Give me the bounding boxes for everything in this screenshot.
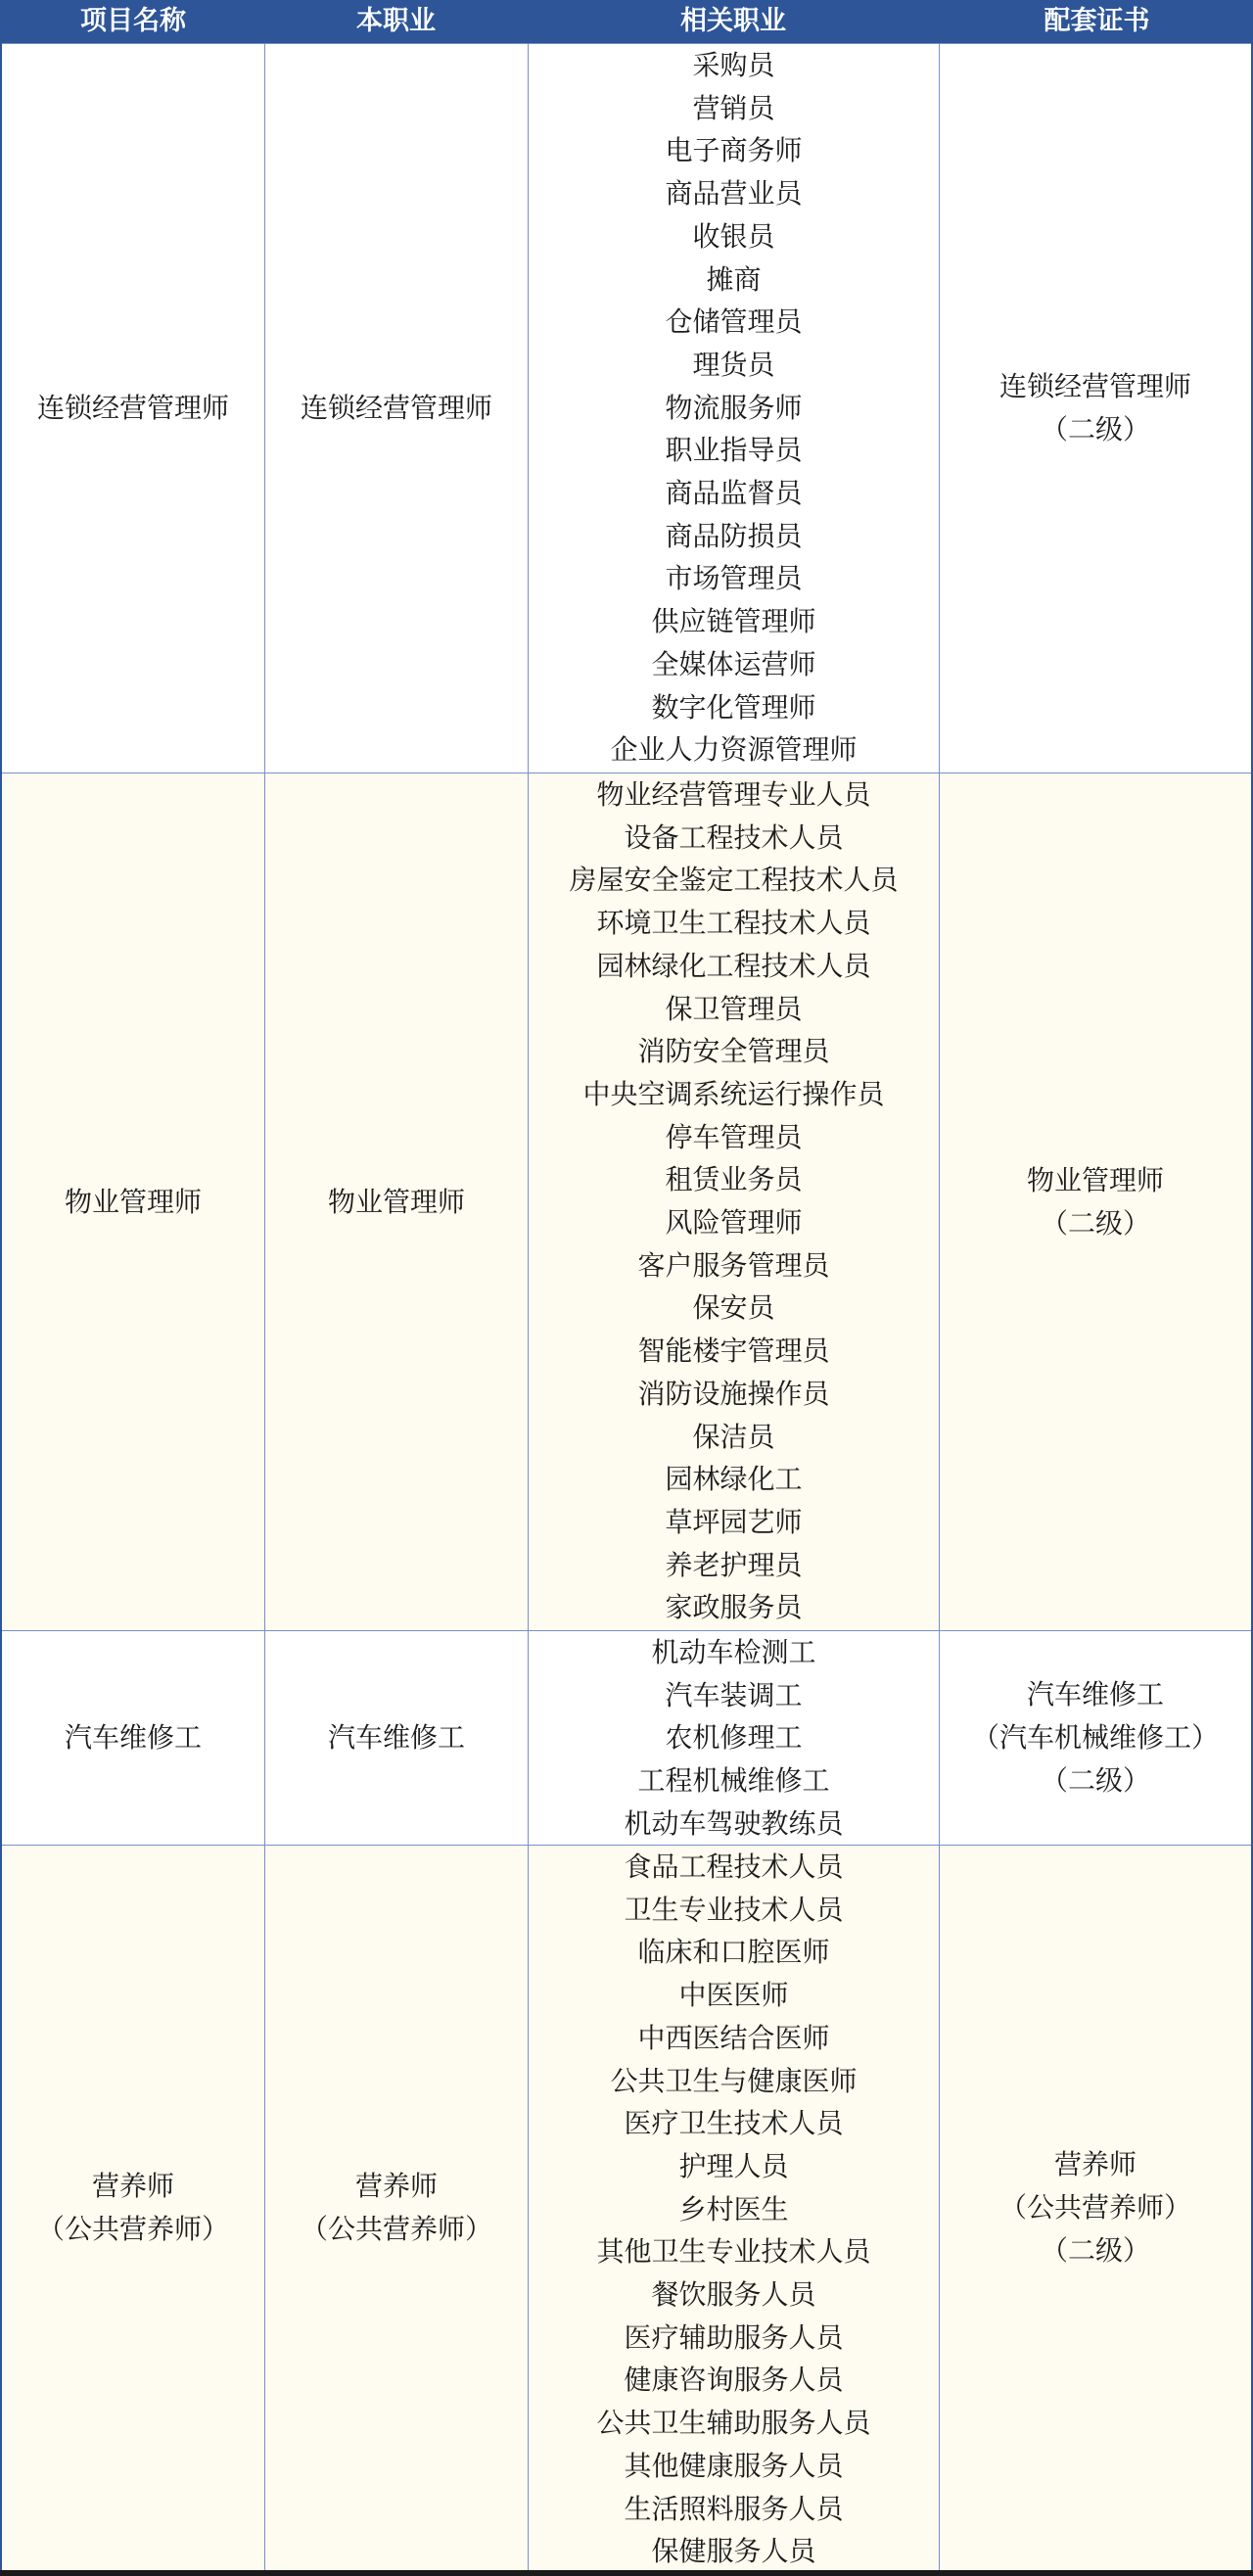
certificate-cell-line: （公共营养师） <box>999 2186 1191 2229</box>
related-occupations-cell-line: 中医医师 <box>678 1974 788 2017</box>
related-occupations-cell-line: 机动车检测工 <box>651 1631 815 1674</box>
occupation-cell: 连锁经营管理师 <box>264 44 528 773</box>
project-name-cell-line: 汽车维修工 <box>65 1716 202 1759</box>
related-occupations-cell-line: 消防设施操作员 <box>637 1373 829 1416</box>
related-occupations-cell-line: 公共卫生与健康医师 <box>610 2060 857 2103</box>
related-occupations-cell-line: 农机修理工 <box>665 1716 802 1759</box>
occupation-cell-line: （公共营养师） <box>301 2208 492 2251</box>
project-name-cell-line: （公共营养师） <box>37 2208 229 2251</box>
certificate-cell-line: （二级） <box>1041 1202 1150 1245</box>
related-occupations-cell-line: 养老护理员 <box>665 1544 802 1587</box>
related-occupations-cell: 机动车检测工汽车装调工农机修理工工程机械维修工机动车驾驶教练员 <box>528 1631 939 1845</box>
related-occupations-cell-line: 摊商 <box>706 258 761 302</box>
header-certificate: 配套证书 <box>939 0 1253 43</box>
project-name-cell: 汽车维修工 <box>2 1631 264 1845</box>
related-occupations-cell-line: 机动车驾驶教练员 <box>624 1803 843 1846</box>
related-occupations-cell-line: 物流服务师 <box>665 387 802 430</box>
related-occupations-cell-line: 园林绿化工程技术人员 <box>596 945 870 988</box>
table-row: 连锁经营管理师连锁经营管理师采购员营销员电子商务师商品营业员收银员摊商仓储管理员… <box>2 43 1251 773</box>
related-occupations-cell-line: 健康咨询服务人员 <box>624 2359 843 2402</box>
table-row: 营养师（公共营养师）营养师（公共营养师）食品工程技术人员卫生专业技术人员临床和口… <box>2 1845 1251 2570</box>
related-occupations-cell-line: 保健服务人员 <box>651 2530 815 2573</box>
related-occupations-cell-line: 物业经营管理专业人员 <box>596 773 870 817</box>
related-occupations-cell-line: 营销员 <box>692 87 774 130</box>
related-occupations-cell-line: 商品防损员 <box>665 515 802 558</box>
related-occupations-cell-line: 电子商务师 <box>665 129 802 172</box>
related-occupations-cell-line: 中央空调系统运行操作员 <box>582 1073 884 1116</box>
certificate-cell: 物业管理师（二级） <box>939 773 1251 1630</box>
related-occupations-cell-line: 食品工程技术人员 <box>624 1846 843 1889</box>
certificate-cell-line: 连锁经营管理师 <box>999 365 1191 408</box>
related-occupations-cell-line: 生活照料服务人员 <box>624 2488 843 2531</box>
occupation-cell-line: 营养师 <box>355 2165 438 2208</box>
related-occupations-cell-line: 家政服务员 <box>665 1586 802 1629</box>
related-occupations-cell-line: 工程机械维修工 <box>637 1759 829 1803</box>
certificate-cell: 连锁经营管理师（二级） <box>939 44 1251 773</box>
certificate-cell-line: 物业管理师 <box>1027 1159 1164 1202</box>
related-occupations-cell-line: 供应链管理师 <box>651 600 815 643</box>
related-occupations-cell-line: 乡村医生 <box>678 2188 788 2231</box>
related-occupations-cell-line: 停车管理员 <box>665 1116 802 1159</box>
related-occupations-cell-line: 仓储管理员 <box>665 301 802 344</box>
header-related-occupations: 相关职业 <box>528 0 939 43</box>
related-occupations-cell-line: 中西医结合医师 <box>637 2017 829 2060</box>
related-occupations-cell-line: 园林绿化工 <box>665 1458 802 1501</box>
related-occupations-cell-line: 理货员 <box>692 344 774 387</box>
related-occupations-cell-line: 汽车装调工 <box>665 1674 802 1717</box>
certificate-cell-line: （二级） <box>1041 2229 1150 2272</box>
related-occupations-cell-line: 职业指导员 <box>665 429 802 472</box>
related-occupations-cell: 食品工程技术人员卫生专业技术人员临床和口腔医师中医医师中西医结合医师公共卫生与健… <box>528 1846 939 2570</box>
certificate-cell: 营养师（公共营养师）（二级） <box>939 1846 1251 2570</box>
project-name-cell: 营养师（公共营养师） <box>2 1846 264 2570</box>
occupation-cell: 汽车维修工 <box>264 1631 528 1845</box>
related-occupations-cell-line: 消防安全管理员 <box>637 1030 829 1073</box>
occupation-cell-line: 物业管理师 <box>328 1181 465 1224</box>
related-occupations-cell-line: 护理人员 <box>678 2145 788 2188</box>
project-name-cell: 物业管理师 <box>2 773 264 1630</box>
certificate-cell: 汽车维修工（汽车机械维修工）（二级） <box>939 1631 1251 1845</box>
certificate-cell-line: （二级） <box>1041 1759 1150 1803</box>
related-occupations-cell-line: 餐饮服务人员 <box>651 2273 815 2317</box>
related-occupations-cell-line: 风险管理师 <box>665 1201 802 1244</box>
related-occupations-cell-line: 客户服务管理员 <box>637 1244 829 1288</box>
related-occupations-cell-line: 医疗卫生技术人员 <box>624 2102 843 2145</box>
table-row: 汽车维修工汽车维修工机动车检测工汽车装调工农机修理工工程机械维修工机动车驾驶教练… <box>2 1630 1251 1845</box>
occupation-cell: 物业管理师 <box>264 773 528 1630</box>
certificate-cell-line: （二级） <box>1041 408 1150 451</box>
related-occupations-cell-line: 数字化管理师 <box>651 686 815 729</box>
related-occupations-cell-line: 卫生专业技术人员 <box>624 1889 843 1932</box>
related-occupations-cell-line: 公共卫生辅助服务人员 <box>596 2402 870 2445</box>
table-header: 项目名称 本职业 相关职业 配套证书 <box>2 0 1253 43</box>
related-occupations-cell-line: 租赁业务员 <box>665 1158 802 1201</box>
certificate-cell-line: 营养师 <box>1054 2143 1137 2186</box>
related-occupations-cell-line: 草坪园艺师 <box>665 1501 802 1544</box>
project-name-cell-line: 连锁经营管理师 <box>37 387 229 430</box>
related-occupations-cell-line: 智能楼宇管理员 <box>637 1330 829 1373</box>
related-occupations-cell-line: 环境卫生工程技术人员 <box>596 902 870 945</box>
related-occupations-cell-line: 收银员 <box>692 215 774 258</box>
related-occupations-cell-line: 保洁员 <box>692 1416 774 1459</box>
occupation-table: 项目名称 本职业 相关职业 配套证书 连锁经营管理师连锁经营管理师采购员营销员电… <box>0 0 1253 2570</box>
project-name-cell: 连锁经营管理师 <box>2 44 264 773</box>
occupation-cell-line: 连锁经营管理师 <box>301 387 492 430</box>
project-name-cell-line: 营养师 <box>92 2165 174 2208</box>
occupation-cell: 营养师（公共营养师） <box>264 1846 528 2570</box>
related-occupations-cell-line: 市场管理员 <box>665 557 802 600</box>
header-this-occupation: 本职业 <box>264 0 528 43</box>
header-project-name: 项目名称 <box>2 0 264 43</box>
occupation-cell-line: 汽车维修工 <box>328 1716 465 1759</box>
table-row: 物业管理师物业管理师物业经营管理专业人员设备工程技术人员房屋安全鉴定工程技术人员… <box>2 773 1251 1630</box>
related-occupations-cell: 采购员营销员电子商务师商品营业员收银员摊商仓储管理员理货员物流服务师职业指导员商… <box>528 44 939 773</box>
related-occupations-cell-line: 全媒体运营师 <box>651 643 815 686</box>
related-occupations-cell-line: 采购员 <box>692 44 774 87</box>
related-occupations-cell-line: 商品营业员 <box>665 172 802 215</box>
related-occupations-cell-line: 商品监督员 <box>665 472 802 515</box>
related-occupations-cell-line: 其他健康服务人员 <box>624 2445 843 2488</box>
certificate-cell-line: 汽车维修工 <box>1027 1673 1164 1716</box>
related-occupations-cell: 物业经营管理专业人员设备工程技术人员房屋安全鉴定工程技术人员环境卫生工程技术人员… <box>528 773 939 1630</box>
related-occupations-cell-line: 房屋安全鉴定工程技术人员 <box>569 859 898 902</box>
related-occupations-cell-line: 其他卫生专业技术人员 <box>596 2230 870 2273</box>
related-occupations-cell-line: 保卫管理员 <box>665 988 802 1031</box>
related-occupations-cell-line: 临床和口腔医师 <box>637 1931 829 1974</box>
project-name-cell-line: 物业管理师 <box>65 1181 202 1224</box>
related-occupations-cell-line: 企业人力资源管理师 <box>610 728 857 772</box>
related-occupations-cell-line: 设备工程技术人员 <box>624 817 843 860</box>
related-occupations-cell-line: 医疗辅助服务人员 <box>624 2317 843 2360</box>
certificate-cell-line: （汽车机械维修工） <box>972 1716 1219 1759</box>
related-occupations-cell-line: 保安员 <box>692 1287 774 1330</box>
